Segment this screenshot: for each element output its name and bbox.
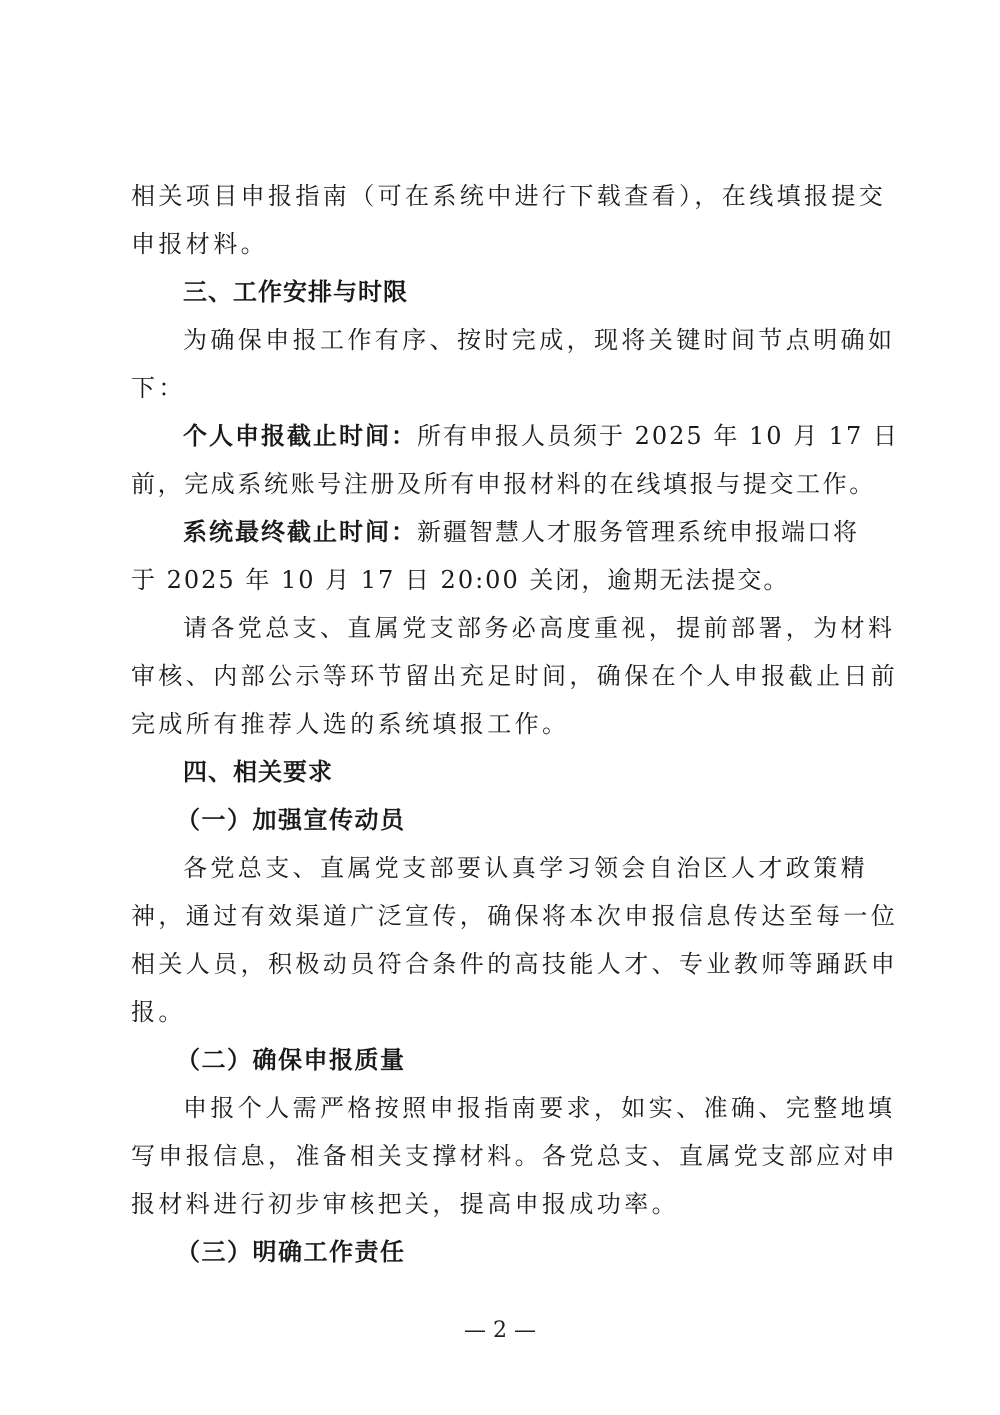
body-text-line: 报。 — [131, 997, 871, 1027]
document-page: 相关项目申报指南（可在系统中进行下载查看），在线填报提交 申报材料。 三、工作安… — [0, 0, 1000, 1415]
subsection-heading-3: （三）明确工作责任 — [176, 1237, 916, 1267]
deadline-label: 系统最终截止时间： — [183, 517, 417, 546]
body-text-line: 相关人员，积极动员符合条件的高技能人才、专业教师等踊跃申 — [131, 949, 871, 979]
body-text-line: 相关项目申报指南（可在系统中进行下载查看），在线填报提交 — [131, 181, 871, 211]
body-text-line: 完成所有推荐人选的系统填报工作。 — [131, 709, 871, 739]
body-text-line: 请各党总支、直属党支部务必高度重视，提前部署，为材料 — [183, 613, 871, 643]
deadline-label: 个人申报截止时间： — [183, 421, 417, 450]
body-text-line: 审核、内部公示等环节留出充足时间，确保在个人申报截止日前 — [131, 661, 871, 691]
body-text-line: 申报材料。 — [131, 229, 871, 259]
body-text-line: 报材料进行初步审核把关，提高申报成功率。 — [131, 1189, 871, 1219]
body-text-line: 写申报信息，准备相关支撑材料。各党总支、直属党支部应对申 — [131, 1141, 871, 1171]
body-text-line: 下： — [131, 373, 871, 403]
body-text-line: 各党总支、直属党支部要认真学习领会自治区人才政策精 — [183, 853, 871, 883]
deadline-item-personal: 个人申报截止时间：所有申报人员须于 2025 年 10 月 17 日 — [183, 421, 871, 451]
page-number: — 2 — — [0, 1318, 1000, 1344]
section-heading-4: 四、相关要求 — [183, 757, 871, 787]
subsection-heading-1: （一）加强宣传动员 — [176, 805, 916, 835]
section-heading-3: 三、工作安排与时限 — [183, 277, 871, 307]
body-text-line: 神，通过有效渠道广泛宣传，确保将本次申报信息传达至每一位 — [131, 901, 871, 931]
deadline-text: 新疆智慧人才服务管理系统申报端口将 — [417, 518, 859, 546]
body-text-line: 于 2025 年 10 月 17 日 20:00 关闭，逾期无法提交。 — [131, 565, 871, 595]
deadline-item-system: 系统最终截止时间：新疆智慧人才服务管理系统申报端口将 — [183, 517, 871, 547]
subsection-heading-2: （二）确保申报质量 — [176, 1045, 916, 1075]
body-text-line: 前，完成系统账号注册及所有申报材料的在线填报与提交工作。 — [131, 469, 871, 499]
body-text-line: 申报个人需严格按照申报指南要求，如实、准确、完整地填 — [183, 1093, 871, 1123]
body-text-line: 为确保申报工作有序、按时完成，现将关键时间节点明确如 — [183, 325, 871, 355]
deadline-text: 所有申报人员须于 2025 年 10 月 17 日 — [417, 422, 899, 450]
